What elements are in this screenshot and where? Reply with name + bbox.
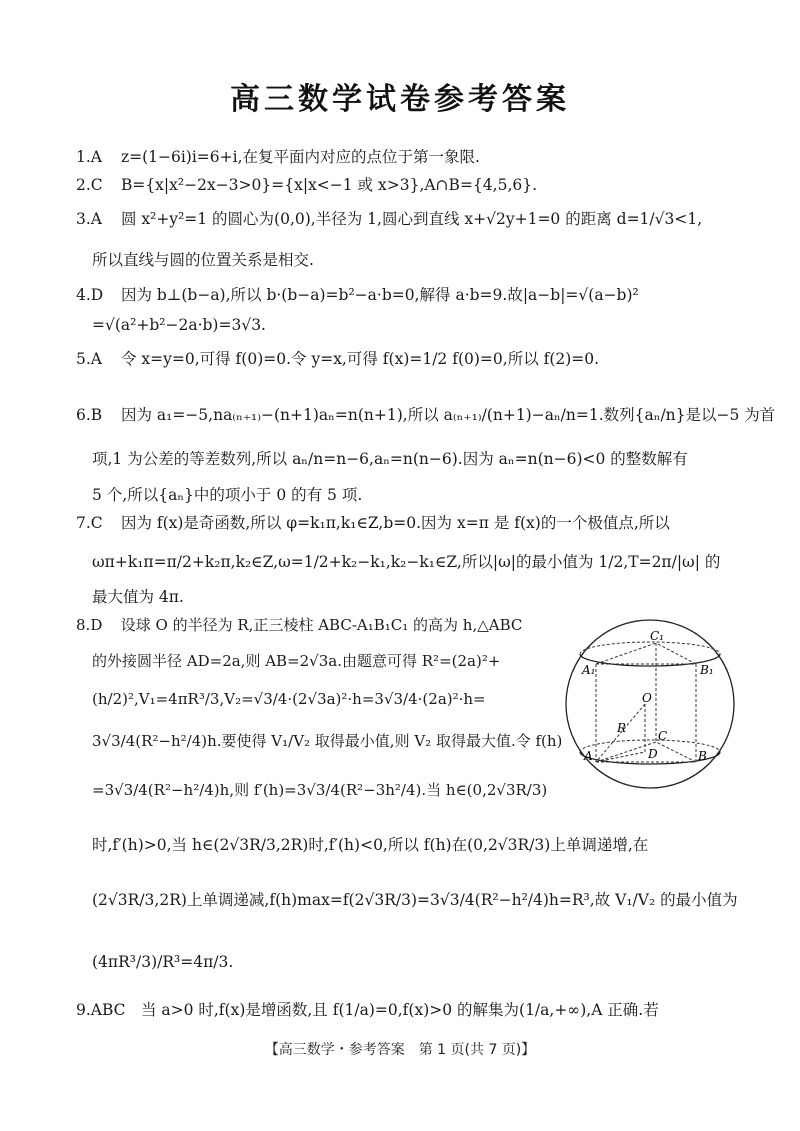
svg-text:B₁: B₁ [699, 663, 714, 677]
answer-number: 7.C [76, 516, 116, 532]
answer-8-cont7: (4πR³/3)/R³=4π/3. [92, 955, 233, 971]
svg-text:R: R [616, 721, 626, 735]
answer-9: 9.ABC 当 a>0 时,f(x)是增函数,且 f(1/a)=0,f(x)>0… [76, 1003, 659, 1019]
answer-8-cont: 的外接圆半径 AD=2a,则 AB=2√3a.由题意可得 R²=(2a)²+ [92, 654, 500, 669]
answer-text: 因为 f(x)是奇函数,所以 φ=k₁π,k₁∈Z,b=0.因为 x=π 是 f… [121, 514, 670, 532]
answer-text: 令 x=y=0,可得 f(0)=0.令 y=x,可得 f(x)=1/2 f(0)… [121, 350, 599, 368]
answer-number: 6.B [76, 408, 116, 424]
answer-8-cont3: 3√3/4(R²−h²/4)h.要使得 V₁/V₂ 取得最小值,则 V₂ 取得最… [92, 734, 562, 749]
answer-4: 4.D 因为 b⊥(b−a),所以 b·(b−a)=b²−a·b=0,解得 a·… [76, 288, 639, 304]
answer-number: 4.D [76, 288, 116, 304]
answer-8-cont2: (h/2)²,V₁=4πR³/3,V₂=√3/4·(2√3a)²·h=3√3/4… [92, 692, 486, 707]
answer-text: 因为 a₁=−5,na₍ₙ₊₁₎−(n+1)aₙ=n(n+1),所以 a₍ₙ₊₁… [121, 406, 775, 424]
answer-8-cont5: 时,f′(h)>0,当 h∈(2√3R/3,2R)时,f′(h)<0,所以 f(… [92, 838, 648, 854]
svg-text:O: O [642, 691, 652, 705]
answer-7: 7.C 因为 f(x)是奇函数,所以 φ=k₁π,k₁∈Z,b=0.因为 x=π… [76, 516, 670, 532]
answer-7-cont: ωπ+k₁π=π/2+k₂π,k₂∈Z,ω=1/2+k₂−k₁,k₂−k₁∈Z,… [92, 555, 720, 571]
answer-text: 当 a>0 时,f(x)是增函数,且 f(1/a)=0,f(x)>0 的解集为(… [141, 1001, 659, 1019]
answer-6-cont2: 5 个,所以{aₙ}中的项小于 0 的有 5 项. [92, 488, 362, 504]
svg-text:A: A [583, 749, 593, 763]
page-title: 高三数学试卷参考答案 [0, 74, 800, 118]
answer-3: 3.A 圆 x²+y²=1 的圆心为(0,0),半径为 1,圆心到直线 x+√2… [76, 212, 702, 228]
answer-4-cont: =√(a²+b²−2a·b)=3√3. [92, 318, 266, 334]
page-footer: 【高三数学・参考答案 第 1 页(共 7 页)】 [0, 1039, 800, 1059]
answer-number: 9.ABC [76, 1003, 136, 1019]
answer-number: 8.D [76, 618, 116, 633]
answer-2: 2.C B={x|x²−2x−3>0}={x|x<−1 或 x>3},A∩B={… [76, 178, 537, 194]
svg-text:C₁: C₁ [650, 629, 664, 643]
answer-number: 5.A [76, 352, 116, 368]
svg-text:B: B [697, 749, 707, 763]
answer-text: B={x|x²−2x−3>0}={x|x<−1 或 x>3},A∩B={4,5,… [121, 176, 537, 194]
answer-6: 6.B 因为 a₁=−5,na₍ₙ₊₁₎−(n+1)aₙ=n(n+1),所以 a… [76, 408, 775, 424]
answer-text: 因为 b⊥(b−a),所以 b·(b−a)=b²−a·b=0,解得 a·b=9.… [121, 286, 639, 304]
answer-5: 5.A 令 x=y=0,可得 f(0)=0.令 y=x,可得 f(x)=1/2 … [76, 352, 599, 368]
svg-text:D: D [647, 747, 658, 761]
answer-text: 圆 x²+y²=1 的圆心为(0,0),半径为 1,圆心到直线 x+√2y+1=… [121, 210, 702, 228]
answer-8-cont4: =3√3/4(R²−h²/4)h,则 f′(h)=3√3/4(R²−3h²/4)… [92, 783, 547, 798]
answer-text: 设球 O 的半径为 R,正三棱柱 ABC-A₁B₁C₁ 的高为 h,△ABC [121, 616, 523, 634]
answer-6-cont: 项,1 为公差的等差数列,所以 aₙ/n=n−6,aₙ=n(n−6).因为 aₙ… [92, 452, 688, 468]
answer-number: 3.A [76, 212, 116, 228]
answer-number: 2.C [76, 178, 116, 194]
answer-number: 1.A [76, 150, 116, 166]
svg-text:C: C [658, 729, 667, 743]
answer-1: 1.A z=(1−6i)i=6+i,在复平面内对应的点位于第一象限. [76, 150, 480, 166]
answer-text: z=(1−6i)i=6+i,在复平面内对应的点位于第一象限. [121, 148, 480, 166]
answer-7-cont2: 最大值为 4π. [92, 590, 184, 606]
answer-3-cont: 所以直线与圆的位置关系是相交. [92, 253, 314, 269]
sphere-prism-figure: C₁ A₁ B₁ O R C A D B [560, 612, 740, 792]
answer-8-cont6: (2√3R/3,2R)上单调递减,f(h)max=f(2√3R/3)=3√3/4… [92, 893, 738, 909]
svg-text:A₁: A₁ [581, 663, 595, 677]
answer-8: 8.D 设球 O 的半径为 R,正三棱柱 ABC-A₁B₁C₁ 的高为 h,△A… [76, 618, 522, 633]
